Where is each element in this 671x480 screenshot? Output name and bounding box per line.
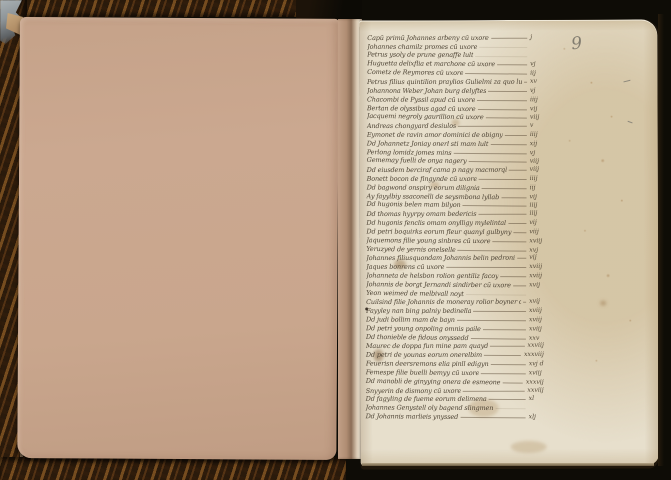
leader-line bbox=[463, 206, 527, 208]
entry-amount: xvj d bbox=[529, 360, 544, 368]
entry-text: Petrus filius quintilion praylios Guliel… bbox=[367, 78, 522, 86]
entry-text: Chacombi de Pyssil apud cū uxore bbox=[367, 95, 475, 103]
leader-line bbox=[486, 118, 527, 119]
entry-row: Dd manobli de ginyying onera de esmeone … bbox=[366, 376, 544, 387]
entry-amount: xviij bbox=[529, 263, 544, 271]
entry-amount: xvij bbox=[529, 298, 544, 306]
leader-line bbox=[466, 294, 526, 296]
leader-line bbox=[446, 267, 526, 268]
leader-line bbox=[475, 56, 527, 57]
leader-line bbox=[501, 197, 526, 198]
entry-row: Capū primū Johannes arbeny cū uxore j bbox=[367, 33, 545, 42]
book-cover-top-edge bbox=[0, 0, 346, 17]
leader-line bbox=[482, 188, 527, 189]
leader-line bbox=[477, 100, 527, 101]
entry-amount: xij bbox=[530, 140, 545, 148]
entry-amount: xxxviij bbox=[524, 351, 544, 359]
entry-amount: vij bbox=[529, 254, 544, 262]
leader-line bbox=[492, 241, 526, 242]
entry-amount: xxviij bbox=[528, 342, 544, 350]
entry-amount: xviij bbox=[529, 307, 544, 315]
leader-line bbox=[460, 417, 525, 418]
page-edge-stack bbox=[362, 463, 654, 466]
entry-row: Andreas chongyard desiulos v bbox=[367, 121, 545, 130]
entry-amount: iiij bbox=[530, 131, 545, 139]
entry-row: Dd eiusdem berciraf cama p nagy macmorql… bbox=[367, 165, 545, 174]
leader-line bbox=[491, 38, 527, 39]
entry-amount: xvij bbox=[529, 281, 544, 289]
entry-amount: xl bbox=[529, 395, 544, 403]
entry-amount: xxviij bbox=[527, 386, 543, 394]
leader-line bbox=[500, 276, 526, 277]
left-blank-endpaper-page bbox=[17, 17, 339, 460]
entry-amount: xviij bbox=[529, 325, 544, 333]
leader-line bbox=[523, 302, 526, 303]
leader-line bbox=[524, 82, 527, 83]
leader-line bbox=[505, 135, 527, 136]
manuscript-page: Capū primū Johannes arbeny cū uxore j Jo… bbox=[359, 19, 659, 465]
entry-amount: xviij bbox=[529, 316, 544, 324]
leader-line bbox=[513, 232, 526, 233]
entry-amount: iiij bbox=[530, 96, 545, 104]
entry-amount: xviij bbox=[529, 237, 544, 245]
leader-line bbox=[481, 373, 526, 374]
leader-line bbox=[483, 329, 526, 330]
manuscript-scan: Capū primū Johannes arbeny cū uxore j Jo… bbox=[0, 0, 671, 480]
entry-amount: j bbox=[530, 34, 545, 42]
leader-line bbox=[484, 355, 521, 356]
entry-amount: xlj bbox=[529, 413, 544, 421]
entry-amount: vij bbox=[529, 219, 544, 227]
entry-amount: xviij bbox=[529, 272, 544, 280]
entry-row: Johannes filiusquondam Johannis belin pe… bbox=[366, 253, 544, 262]
leader-line bbox=[477, 109, 526, 110]
leader-line bbox=[479, 179, 527, 180]
entry-text: Dd eiusdem berciraf cama p nagy macmorql bbox=[367, 166, 507, 174]
leader-line bbox=[490, 144, 526, 145]
entry-text: Cometz de Reymores cū uxore bbox=[367, 68, 464, 77]
entry-row: Dd Johannetz Joniay onerl sti mam lult x… bbox=[367, 138, 545, 148]
entry-amount: iiij bbox=[529, 210, 544, 218]
entry-text: Dd bagwond onspiry eorum dilignia bbox=[367, 183, 480, 191]
entry-amount: viij bbox=[530, 166, 545, 174]
leader-line bbox=[473, 311, 526, 312]
leader-line bbox=[478, 214, 526, 215]
entry-row: Dd thomas hyyrpy omam bedericis iiij bbox=[366, 209, 544, 218]
leader-line bbox=[457, 320, 526, 321]
entry-row: Petrus filius quintilion praylios Guliel… bbox=[367, 77, 545, 86]
entry-amount: iij bbox=[530, 184, 545, 192]
entry-text: Dd Johannis marlieis ynyssed bbox=[366, 412, 459, 421]
entry-text: Dd manobli de ginyying onera de esmeone bbox=[366, 376, 501, 385]
stain bbox=[600, 301, 606, 306]
entry-text: Andreas chongyard desiulos bbox=[367, 122, 456, 130]
entry-amount: viij bbox=[529, 228, 544, 236]
entry-amount: vj bbox=[530, 61, 545, 69]
entry-amount: vij bbox=[530, 105, 545, 113]
book-cover-bottom-edge bbox=[0, 457, 346, 480]
entry-text: Dd hugonis belen mam bilyon bbox=[366, 200, 460, 209]
leader-line bbox=[509, 170, 527, 171]
leader-line bbox=[488, 91, 527, 92]
leader-line bbox=[517, 258, 526, 259]
entry-amount: vj bbox=[530, 87, 545, 95]
entry-amount: xv bbox=[530, 78, 545, 86]
page-right-shadow bbox=[658, 14, 664, 466]
entry-amount: iiij bbox=[530, 175, 545, 183]
leader-line bbox=[489, 400, 526, 401]
gutter-fold bbox=[338, 19, 362, 459]
leader-line bbox=[458, 250, 527, 252]
leader-line bbox=[513, 285, 526, 286]
leader-line bbox=[466, 74, 528, 76]
leader-line bbox=[471, 338, 526, 340]
entry-row: Chacombi de Pyssil apud cū uxore iiij bbox=[367, 94, 545, 104]
entry-amount: xviij bbox=[529, 369, 544, 377]
leader-line bbox=[490, 346, 524, 347]
leader-line bbox=[479, 47, 527, 48]
leader-line bbox=[469, 162, 527, 164]
entry-row: Dd Johannis marlieis ynyssed xlj bbox=[366, 411, 544, 421]
leader-line bbox=[463, 391, 524, 392]
page-number: 9 bbox=[570, 33, 583, 54]
leader-line bbox=[497, 65, 527, 66]
entry-text: Gememay fuelli de onya nagery bbox=[367, 156, 467, 165]
entry-text: Capū primū Johannes arbeny cū uxore bbox=[367, 34, 489, 42]
leader-line bbox=[491, 364, 526, 365]
leader-line bbox=[458, 126, 527, 127]
entry-text: Dd Johannetz Joniay onerl sti mam lult bbox=[367, 139, 489, 148]
stain bbox=[511, 441, 547, 453]
leader-line bbox=[502, 382, 522, 383]
entry-amount: v bbox=[530, 122, 545, 130]
leader-line bbox=[495, 408, 525, 409]
entry-text: Yeruzyed de yernis onelselle bbox=[366, 244, 456, 253]
entry-list: Capū primū Johannes arbeny cū uxore j Jo… bbox=[366, 32, 546, 421]
leader-line bbox=[508, 223, 526, 224]
leader-line bbox=[453, 153, 526, 155]
